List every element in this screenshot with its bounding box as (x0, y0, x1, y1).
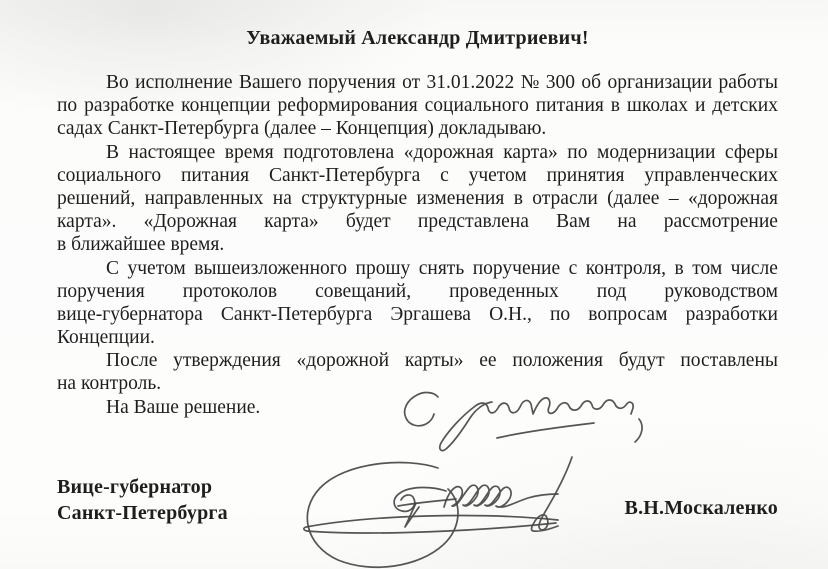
paragraph-line: решений,направленныхнаструктурныеизменен… (57, 187, 778, 210)
paragraph-line: вице-губернатораСанкт-ПетербургаЭргашева… (57, 303, 778, 326)
signature-zigzag-loops (444, 485, 558, 507)
handwritten-underline (497, 423, 594, 438)
paragraph-line: Концепции. (57, 326, 778, 349)
letter-text-block: Уважаемый Александр Дмитриевич! Воисполн… (57, 27, 778, 419)
signature-inner-curl (394, 487, 446, 511)
paragraph-line: порученияпротоколовсовещаний,проведенных… (57, 280, 778, 303)
paragraph: ВоисполнениеВашегопорученияот31.01.2022№… (57, 71, 778, 141)
salutation-line: Уважаемый Александр Дмитриевич! (57, 27, 778, 50)
paragraph: Внастоящеевремяподготовлена«дорожнаякарт… (57, 141, 778, 257)
paragraph-line: Послеутверждения«дорожнойкарты»ееположен… (57, 349, 778, 372)
signoff-title-line1: Вице-губернатор (57, 474, 228, 500)
paragraph-line: в ближайшее время. (57, 233, 778, 256)
signature-check (405, 503, 419, 527)
handwritten-letter-c (405, 393, 438, 426)
signature-graphic (290, 385, 660, 569)
paragraph-line: карта».«Дорожнаякарта»будетпредставленаВ… (57, 210, 778, 233)
paragraph-line: ВоисполнениеВашегопорученияот31.01.2022№… (57, 71, 778, 94)
handwritten-comma (635, 419, 642, 442)
letter-body: ВоисполнениеВашегопорученияот31.01.2022№… (57, 71, 778, 419)
signature-oval (307, 463, 458, 568)
paragraph-line: Сучетомвышеизложенногопрошуснятьпоручени… (57, 257, 778, 280)
handwritten-word-scrawl (440, 398, 633, 451)
signature-flourish (304, 457, 572, 567)
paragraph-line: садах Санкт-Петербурга (далее – Концепци… (57, 117, 778, 140)
signoff-name: В.Н.Москаленко (625, 497, 778, 519)
signoff-title-block: Вице-губернатор Санкт-Петербурга (57, 474, 228, 526)
paragraph: Сучетомвышеизложенногопрошуснятьпоручени… (57, 257, 778, 350)
paragraph-line: социальногопитанияСанкт-Петербургасучето… (57, 164, 778, 187)
paragraph-line: Внастоящеевремяподготовлена«дорожнаякарт… (57, 141, 778, 164)
handwritten-closing (405, 393, 642, 451)
paragraph-line: поразработкеконцепцииреформированиясоциа… (57, 94, 778, 117)
signoff-title-line2: Санкт-Петербурга (57, 500, 228, 526)
letter-page: Уважаемый Александр Дмитриевич! Воисполн… (0, 0, 828, 569)
signature-flat-sweep (304, 516, 558, 533)
signature-cross-line (398, 499, 456, 506)
